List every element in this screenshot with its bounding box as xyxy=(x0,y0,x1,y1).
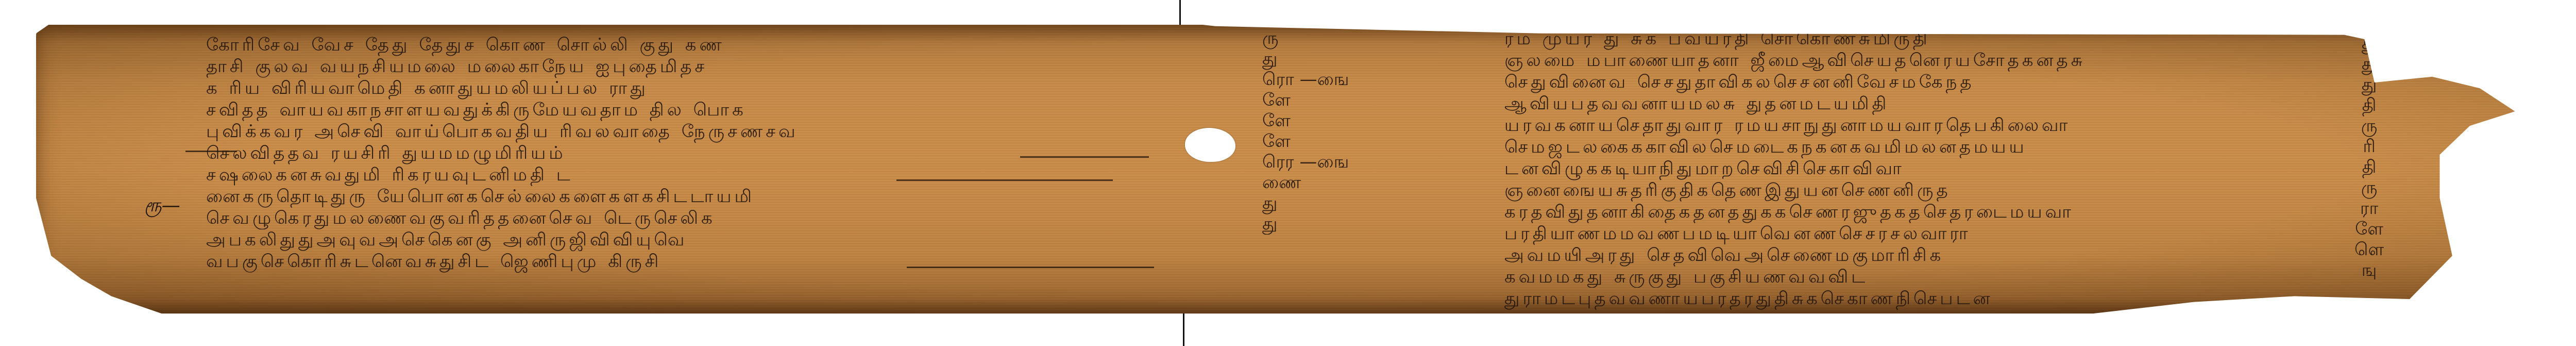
palm-leaf-folio: கோரிசேவ வேச தேது தேதுச கொண சொல்லி குது க… xyxy=(36,25,2545,314)
manuscript-line: கரதவிதுதனாகிதைகதனததுககசெணரஜுதகதசெதரடைமயவ… xyxy=(1504,201,2086,223)
manuscript-line: செமஜடலகைககாவிலசெமடைகநகனகவமிமலனதமயய xyxy=(1504,136,2086,158)
margin-glyph: ளே xyxy=(1262,90,1291,110)
margin-glyph: ரு xyxy=(2361,116,2378,136)
manuscript-line: செலவிததவ ரயசிரி துயமமழுமிரியம் xyxy=(206,142,799,164)
margin-glyph: ரி xyxy=(2363,136,2375,157)
margin-glyph: ளே xyxy=(1262,131,1291,152)
string-hole xyxy=(1185,128,1235,162)
manuscript-line: கவமமகது சுருகுது பகுசியணவவவிட xyxy=(1504,266,2086,288)
manuscript-line: துராமடபுதவவணாயபரதரதுதிசுகசெகாணநிசெபடன xyxy=(1504,288,2086,309)
manuscript-line: அபகலிதுதுஅவுவஅசெகெனகு அனிருஜிவிவியுவெ xyxy=(206,229,799,251)
margin-glyph: ரு xyxy=(1262,28,1279,48)
margin-glyph: ரா xyxy=(2360,198,2378,219)
manuscript-line: சஷலைகனசுவதுமி ரிகரயவுடனிமதி ட xyxy=(206,164,799,186)
ink-rule xyxy=(896,179,1113,181)
left-text-column: கோரிசேவ வேச தேது தேதுச கொண சொல்லி குது க… xyxy=(206,34,799,272)
ink-rule xyxy=(185,151,237,152)
manuscript-line: செவழுகெரதுமலணைவகுவரிததனைசெவ டெருசெலிக xyxy=(206,207,799,229)
manuscript-line: யரவகனாயசெதாதுவார ரமயசாநுதுனாமயவாரதெபகிலை… xyxy=(1504,114,2086,136)
margin-glyph: து xyxy=(1262,48,1277,69)
manuscript-line: டனவிழுககடியாநிதுமாறசெவிசிசெகாவிவா xyxy=(1504,158,2086,179)
scan-frame-line-top xyxy=(1179,0,1181,26)
center-margin-column: ரு து ரொ —ஙை ளே ளே ளே ரெர —ஙை ணை து து xyxy=(1262,28,1349,234)
right-margin-column: து து து தி ரு ரி தி ரு ரா ளே ளெ ஙு xyxy=(2354,33,2384,281)
margin-glyph: து xyxy=(1262,213,1277,234)
margin-glyph: ரொ —ஙை xyxy=(1262,69,1349,90)
margin-glyph: ரெர —ஙை xyxy=(1262,152,1349,172)
margin-glyph: தி xyxy=(2362,157,2377,177)
margin-glyph: து xyxy=(1262,193,1277,213)
margin-glyph: ளே xyxy=(1262,110,1291,131)
manuscript-line: ஆவியபதவவனாயமலசு துதனமடயமிதி xyxy=(1504,93,2086,114)
margin-glyph: ஙு xyxy=(2362,260,2377,281)
margin-annotation: ரூ— xyxy=(144,195,180,219)
manuscript-line: க ரிய விரியவாமெதி கனாதுயமலியப்பல ராது xyxy=(206,77,799,99)
margin-glyph: ளே xyxy=(2355,219,2383,239)
manuscript-line: புவிக்கவர அசெவி வாய்பொகவதிய ரிவலவாதை நேர… xyxy=(206,121,799,142)
manuscript-line: தாசி குலவ வயநசியமலை மலைகாநேய ஐபுதைமிதச xyxy=(206,56,799,77)
manuscript-line: கோரிசேவ வேச தேது தேதுச கொண சொல்லி குது க… xyxy=(206,34,799,56)
manuscript-line: வபகுசெகொரிசுடனெவசுதுசிட ஜெணிபுமு கிருசி xyxy=(206,251,799,272)
manuscript-line: ஞனைஙையசுதரிகுதிகதெணஇதுயனசெணனிருத xyxy=(1504,179,2086,201)
margin-glyph: தி xyxy=(2362,95,2377,116)
manuscript-line: பரதியாணமமவணபமடியாவெனணசெசரசலவாரா xyxy=(1504,223,2086,244)
right-text-column: ரம முயர து சுக பவயரதி சொகொணசுமிருதி ஞலமை… xyxy=(1504,28,2086,309)
manuscript-line: சவிதத வாயவகாநசாளயவதுக்கிருமேயவதாம தில பொ… xyxy=(206,99,799,121)
manuscript-line: செதுவினைவ செசதுதாவிகலசெசனனிவேசமகேநத xyxy=(1504,71,2086,93)
manuscript-line: னைகருதொடிதுரு யேபொனகசெல்லைகளைகளகசிடடாயமி xyxy=(206,186,799,207)
ink-rule xyxy=(1020,156,1149,158)
margin-glyph: து xyxy=(2362,54,2377,74)
manuscript-line: ரம முயர து சுக பவயரதி சொகொணசுமிருதி xyxy=(1504,28,2086,50)
margin-glyph: து xyxy=(2362,74,2377,95)
scan-frame-line-bottom xyxy=(1183,312,1184,346)
margin-glyph: து xyxy=(2362,33,2377,54)
margin-glyph: ளெ xyxy=(2354,239,2384,260)
ink-rule xyxy=(907,267,1154,268)
manuscript-line: ஞலமை மபாணையாதனா ஜீமைஆவிசெயதனெரயசோதகனதசு xyxy=(1504,50,2086,71)
manuscript-line: அவமயிஅரது செதவிவெஅசெணைமகுமாரிசிக xyxy=(1504,244,2086,266)
margin-glyph: ணை xyxy=(1262,172,1301,193)
margin-glyph: ரு xyxy=(2361,177,2378,198)
